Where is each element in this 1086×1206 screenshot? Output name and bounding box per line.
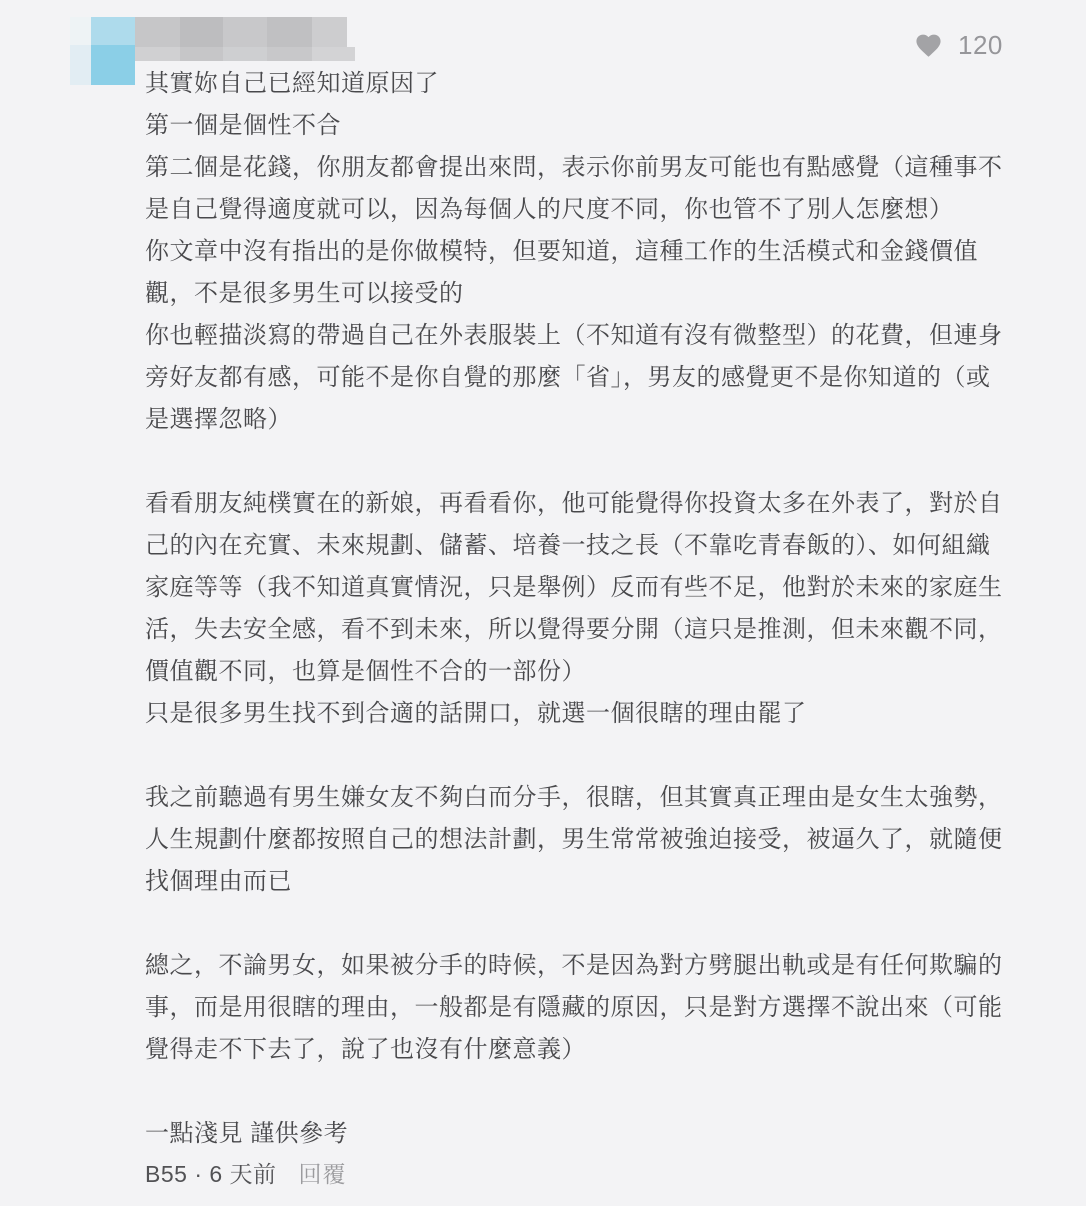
comment-line	[145, 903, 1025, 945]
comment-line: 家庭等等（我不知道真實情況，只是舉例）反而有些不足，他對於未來的家庭生	[145, 567, 1025, 609]
comment-line	[145, 1071, 1025, 1113]
blurred-username-block	[135, 17, 180, 47]
blurred-avatar-block	[70, 17, 91, 45]
comment-line: 只是很多男生找不到合適的話開口，就選一個很瞎的理由罷了	[145, 693, 1025, 735]
comment-meta: B55 · 6 天前	[145, 1159, 277, 1189]
comment-line: 旁好友都有感，可能不是你自覺的那麼「省」，男友的感覺更不是你知道的（或	[145, 357, 1025, 399]
comment-line: 找個理由而已	[145, 861, 1025, 903]
like-area[interactable]: 120	[913, 31, 1003, 60]
comment-line: 是選擇忽略）	[145, 399, 1025, 441]
comment-line: 看看朋友純樸實在的新娘，再看看你，他可能覺得你投資太多在外表了，對於自	[145, 483, 1025, 525]
comment-line: 事，而是用很瞎的理由，一般都是有隱藏的原因，只是對方選擇不說出來（可能	[145, 987, 1025, 1029]
comment-line: 是自己覺得適度就可以，因為每個人的尺度不同，你也管不了別人怎麼想）	[145, 189, 1025, 231]
blurred-username-block	[180, 47, 223, 61]
comment-line: 第二個是花錢，你朋友都會提出來問，表示你前男友可能也有點感覺（這種事不	[145, 147, 1025, 189]
comment-line: 觀，不是很多男生可以接受的	[145, 273, 1025, 315]
comment-line: 第一個是個性不合	[145, 105, 1025, 147]
comment-line	[145, 441, 1025, 483]
heart-icon[interactable]	[913, 31, 944, 60]
blurred-avatar-block	[91, 45, 135, 85]
blurred-username-block	[312, 17, 347, 47]
comment-line: 你文章中沒有指出的是你做模特，但要知道，這種工作的生活模式和金錢價值	[145, 231, 1025, 273]
comment-line: 其實妳自己已經知道原因了	[145, 63, 1025, 105]
comment-line: 活，失去安全感，看不到未來，所以覺得要分開（這只是推測，但未來觀不同，	[145, 609, 1025, 651]
comment-line: 覺得走不下去了，說了也沒有什麼意義）	[145, 1029, 1025, 1071]
comment-text: 其實妳自己已經知道原因了第一個是個性不合第二個是花錢，你朋友都會提出來問，表示你…	[145, 63, 1025, 1155]
blurred-username-block	[267, 47, 312, 61]
blurred-username-block	[223, 17, 267, 47]
comment-line	[145, 735, 1025, 777]
comment-line: 人生規劃什麼都按照自己的想法計劃，男生常常被強迫接受，被逼久了，就隨便	[145, 819, 1025, 861]
blurred-username-block	[223, 47, 267, 61]
comment-footer: B55 · 6 天前 回覆	[145, 1159, 347, 1189]
blurred-username-block	[180, 17, 223, 47]
blurred-username-block	[267, 17, 312, 47]
comment-line: 你也輕描淡寫的帶過自己在外表服裝上（不知道有沒有微整型）的花費，但連身	[145, 315, 1025, 357]
comment-line: 己的內在充實、未來規劃、儲蓄、培養一技之長（不靠吃青春飯的）、如何組織	[145, 525, 1025, 567]
comment-line: 總之，不論男女，如果被分手的時候，不是因為對方劈腿出軌或是有任何欺騙的	[145, 945, 1025, 987]
comment-line: 我之前聽過有男生嫌女友不夠白而分手，很瞎，但其實真正理由是女生太強勢，	[145, 777, 1025, 819]
blurred-username-block	[135, 47, 180, 61]
comment-line: 一點淺見 謹供參考	[145, 1113, 1025, 1155]
blurred-avatar-block	[70, 45, 91, 85]
reply-button[interactable]: 回覆	[299, 1159, 347, 1189]
comment-card: 120 其實妳自己已經知道原因了第一個是個性不合第二個是花錢，你朋友都會提出來問…	[0, 0, 1086, 1206]
comment-line: 價值觀不同，也算是個性不合的一部份）	[145, 651, 1025, 693]
blurred-username-block	[312, 47, 355, 61]
blurred-avatar-block	[91, 17, 135, 45]
like-count: 120	[958, 31, 1003, 60]
